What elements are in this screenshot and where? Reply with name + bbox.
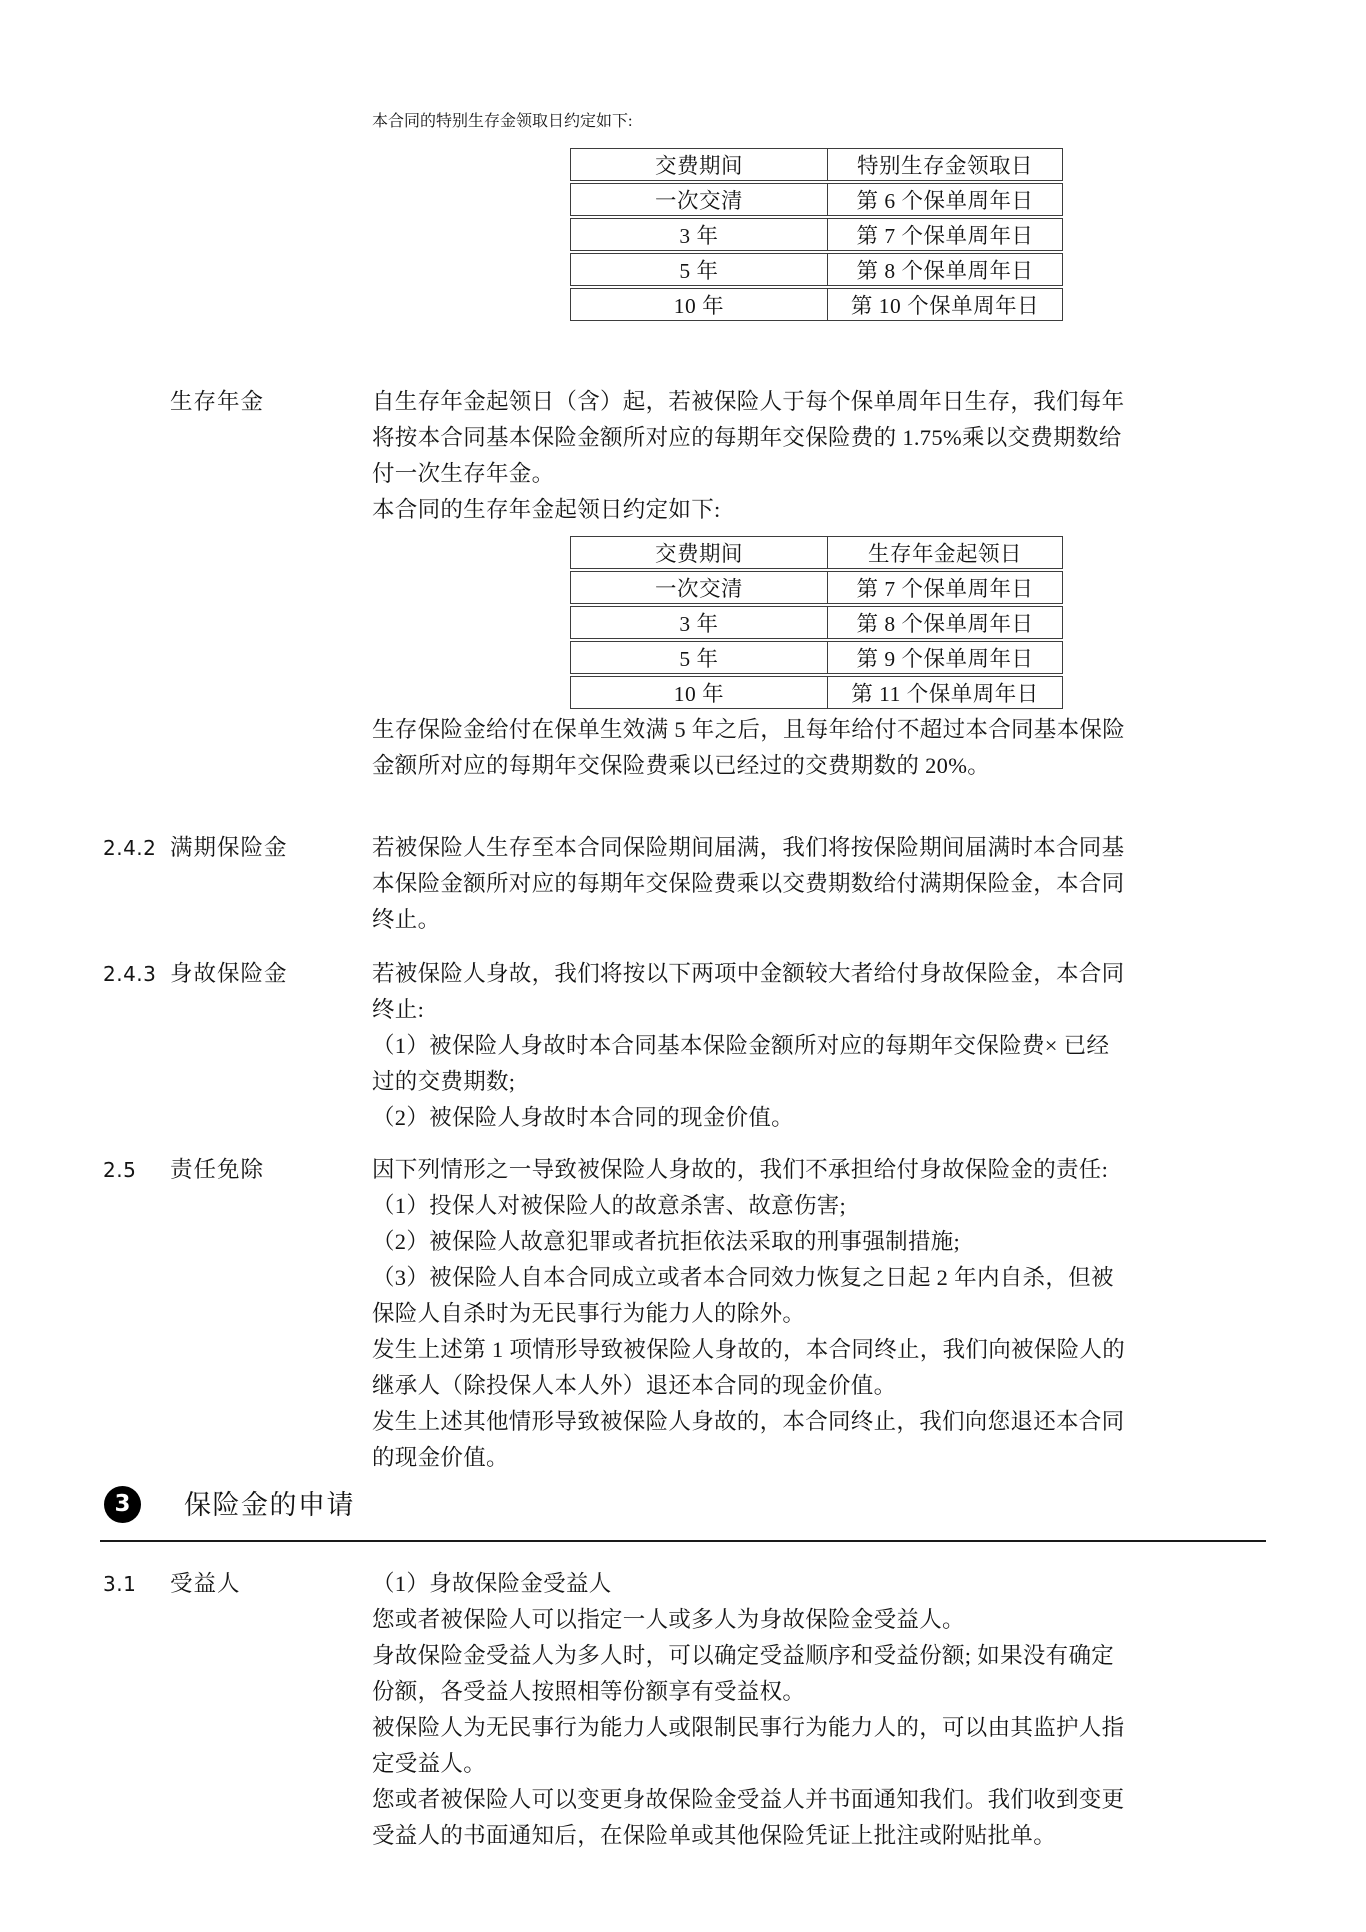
body-line: 自生存年金起领日（含）起，若被保险人于每个保单周年日生存，我们每年 bbox=[372, 384, 1072, 420]
body-line: 终止: bbox=[372, 992, 1072, 1028]
body-line: （2）被保险人身故时本合同的现金价值。 bbox=[372, 1100, 1072, 1136]
body-line: 被保险人为无民事行为能力人或限制民事行为能力人的，可以由其监护人指 bbox=[372, 1710, 1072, 1746]
body-line: 金额所对应的每期年交保险费乘以已经过的交费期数的 20%。 bbox=[372, 748, 1125, 784]
special-survival-date-table: 交费期间 特别生存金领取日 一次交清 第 6 个保单周年日 3 年 第 7 个保… bbox=[570, 146, 1063, 323]
table-cell: 第 10 个保单周年日 bbox=[828, 288, 1063, 321]
body-line: 生存保险金给付在保单生效满 5 年之后，且每年给付不超过本合同基本保险 bbox=[372, 712, 1125, 748]
chapter-title: 保险金的申请 bbox=[184, 1485, 355, 1525]
contract-page: 本合同的特别生存金领取日约定如下: 交费期间 特别生存金领取日 一次交清 第 6… bbox=[0, 0, 1366, 1932]
body-line: 将按本合同基本保险金额所对应的每期年交保险费的 1.75%乘以交费期数给 bbox=[372, 420, 1072, 456]
section-label: 受益人 bbox=[170, 1566, 241, 1602]
section-number: 2.4.3 bbox=[103, 956, 156, 992]
body-line: 若被保险人身故，我们将按以下两项中金额较大者给付身故保险金，本合同 bbox=[372, 956, 1072, 992]
section-body: （1）身故保险金受益人 您或者被保险人可以指定一人或多人为身故保险金受益人。 身… bbox=[372, 1566, 1072, 1854]
table-row: 10 年 第 10 个保单周年日 bbox=[570, 288, 1063, 321]
body-line: 您或者被保险人可以变更身故保险金受益人并书面通知我们。我们收到变更 bbox=[372, 1782, 1072, 1818]
body-line: 保险人自杀时为无民事行为能力人的除外。 bbox=[372, 1296, 1072, 1332]
table-header-row: 交费期间 生存年金起领日 bbox=[570, 536, 1063, 569]
section-label: 责任免除 bbox=[170, 1152, 264, 1188]
table-cell: 第 8 个保单周年日 bbox=[828, 253, 1063, 286]
table-row: 10 年 第 11 个保单周年日 bbox=[570, 676, 1063, 709]
section-number: 2.4.2 bbox=[103, 830, 156, 866]
table-cell: 10 年 bbox=[570, 288, 828, 321]
body-line: 您或者被保险人可以指定一人或多人为身故保险金受益人。 bbox=[372, 1602, 1072, 1638]
annuity-note: 生存保险金给付在保单生效满 5 年之后，且每年给付不超过本合同基本保险 金额所对… bbox=[372, 712, 1125, 784]
body-line: 份额，各受益人按照相等份额享有受益权。 bbox=[372, 1674, 1072, 1710]
table-header-cell: 交费期间 bbox=[570, 148, 828, 181]
annuity-start-date-table: 交费期间 生存年金起领日 一次交清 第 7 个保单周年日 3 年 第 8 个保单… bbox=[570, 534, 1063, 711]
body-line: 受益人的书面通知后，在保险单或其他保险凭证上批注或附贴批单。 bbox=[372, 1818, 1072, 1854]
section-number: 2.5 bbox=[103, 1152, 136, 1188]
table-row: 3 年 第 7 个保单周年日 bbox=[570, 218, 1063, 251]
section-body: 若被保险人身故，我们将按以下两项中金额较大者给付身故保险金，本合同 终止: （1… bbox=[372, 956, 1072, 1136]
table-row: 5 年 第 9 个保单周年日 bbox=[570, 641, 1063, 674]
section-label: 满期保险金 bbox=[170, 830, 288, 866]
body-line: 付一次生存年金。 bbox=[372, 456, 1072, 492]
table-header-cell: 特别生存金领取日 bbox=[828, 148, 1063, 181]
table-cell: 5 年 bbox=[570, 253, 828, 286]
chapter-3-badge-icon: 3 bbox=[104, 1486, 141, 1523]
table-cell: 第 9 个保单周年日 bbox=[828, 641, 1063, 674]
body-line: 本保险金额所对应的每期年交保险费乘以交费期数给付满期保险金，本合同 bbox=[372, 866, 1072, 902]
table-cell: 第 7 个保单周年日 bbox=[828, 571, 1063, 604]
body-line: 继承人（除投保人本人外）退还本合同的现金价值。 bbox=[372, 1368, 1072, 1404]
section-body: 因下列情形之一导致被保险人身故的，我们不承担给付身故保险金的责任: （1）投保人… bbox=[372, 1152, 1072, 1476]
table-row: 5 年 第 8 个保单周年日 bbox=[570, 253, 1063, 286]
body-line: （1）被保险人身故时本合同基本保险金额所对应的每期年交保险费× 已经 bbox=[372, 1028, 1072, 1064]
table-row: 一次交清 第 6 个保单周年日 bbox=[570, 183, 1063, 216]
section-number: 3.1 bbox=[103, 1566, 136, 1602]
body-line: 过的交费期数; bbox=[372, 1064, 1072, 1100]
table-cell: 3 年 bbox=[570, 218, 828, 251]
section-label: 生存年金 bbox=[170, 384, 264, 420]
body-line: 若被保险人生存至本合同保险期间届满，我们将按保险期间届满时本合同基 bbox=[372, 830, 1072, 866]
section-body: 自生存年金起领日（含）起，若被保险人于每个保单周年日生存，我们每年 将按本合同基… bbox=[372, 384, 1072, 528]
chapter-divider bbox=[100, 1540, 1266, 1542]
body-line: 定受益人。 bbox=[372, 1746, 1072, 1782]
table-cell: 一次交清 bbox=[570, 183, 828, 216]
section-body: 若被保险人生存至本合同保险期间届满，我们将按保险期间届满时本合同基 本保险金额所… bbox=[372, 830, 1072, 938]
table-cell: 第 8 个保单周年日 bbox=[828, 606, 1063, 639]
body-line: 本合同的生存年金起领日约定如下: bbox=[372, 492, 1072, 528]
table-cell: 第 7 个保单周年日 bbox=[828, 218, 1063, 251]
body-line: 终止。 bbox=[372, 902, 1072, 938]
table-cell: 一次交清 bbox=[570, 571, 828, 604]
body-line: （3）被保险人自本合同成立或者本合同效力恢复之日起 2 年内自杀，但被 bbox=[372, 1260, 1072, 1296]
section-label: 身故保险金 bbox=[170, 956, 288, 992]
body-line: 发生上述第 1 项情形导致被保险人身故的，本合同终止，我们向被保险人的 bbox=[372, 1332, 1072, 1368]
body-line: 身故保险金受益人为多人时，可以确定受益顺序和受益份额; 如果没有确定 bbox=[372, 1638, 1072, 1674]
table-row: 一次交清 第 7 个保单周年日 bbox=[570, 571, 1063, 604]
body-line: 因下列情形之一导致被保险人身故的，我们不承担给付身故保险金的责任: bbox=[372, 1152, 1072, 1188]
body-line: （1）身故保险金受益人 bbox=[372, 1566, 1072, 1602]
table-header-cell: 交费期间 bbox=[570, 536, 828, 569]
table-cell: 第 6 个保单周年日 bbox=[828, 183, 1063, 216]
special-survival-intro-line: 本合同的特别生存金领取日约定如下: bbox=[372, 108, 632, 131]
body-line: （2）被保险人故意犯罪或者抗拒依法采取的刑事强制措施; bbox=[372, 1224, 1072, 1260]
body-line: 发生上述其他情形导致被保险人身故的，本合同终止，我们向您退还本合同 bbox=[372, 1404, 1072, 1440]
table-cell: 3 年 bbox=[570, 606, 828, 639]
table-header-row: 交费期间 特别生存金领取日 bbox=[570, 148, 1063, 181]
table-row: 3 年 第 8 个保单周年日 bbox=[570, 606, 1063, 639]
table-cell: 5 年 bbox=[570, 641, 828, 674]
body-line: 的现金价值。 bbox=[372, 1440, 1072, 1476]
table-header-cell: 生存年金起领日 bbox=[828, 536, 1063, 569]
body-line: （1）投保人对被保险人的故意杀害、故意伤害; bbox=[372, 1188, 1072, 1224]
table-cell: 10 年 bbox=[570, 676, 828, 709]
table-cell: 第 11 个保单周年日 bbox=[828, 676, 1063, 709]
